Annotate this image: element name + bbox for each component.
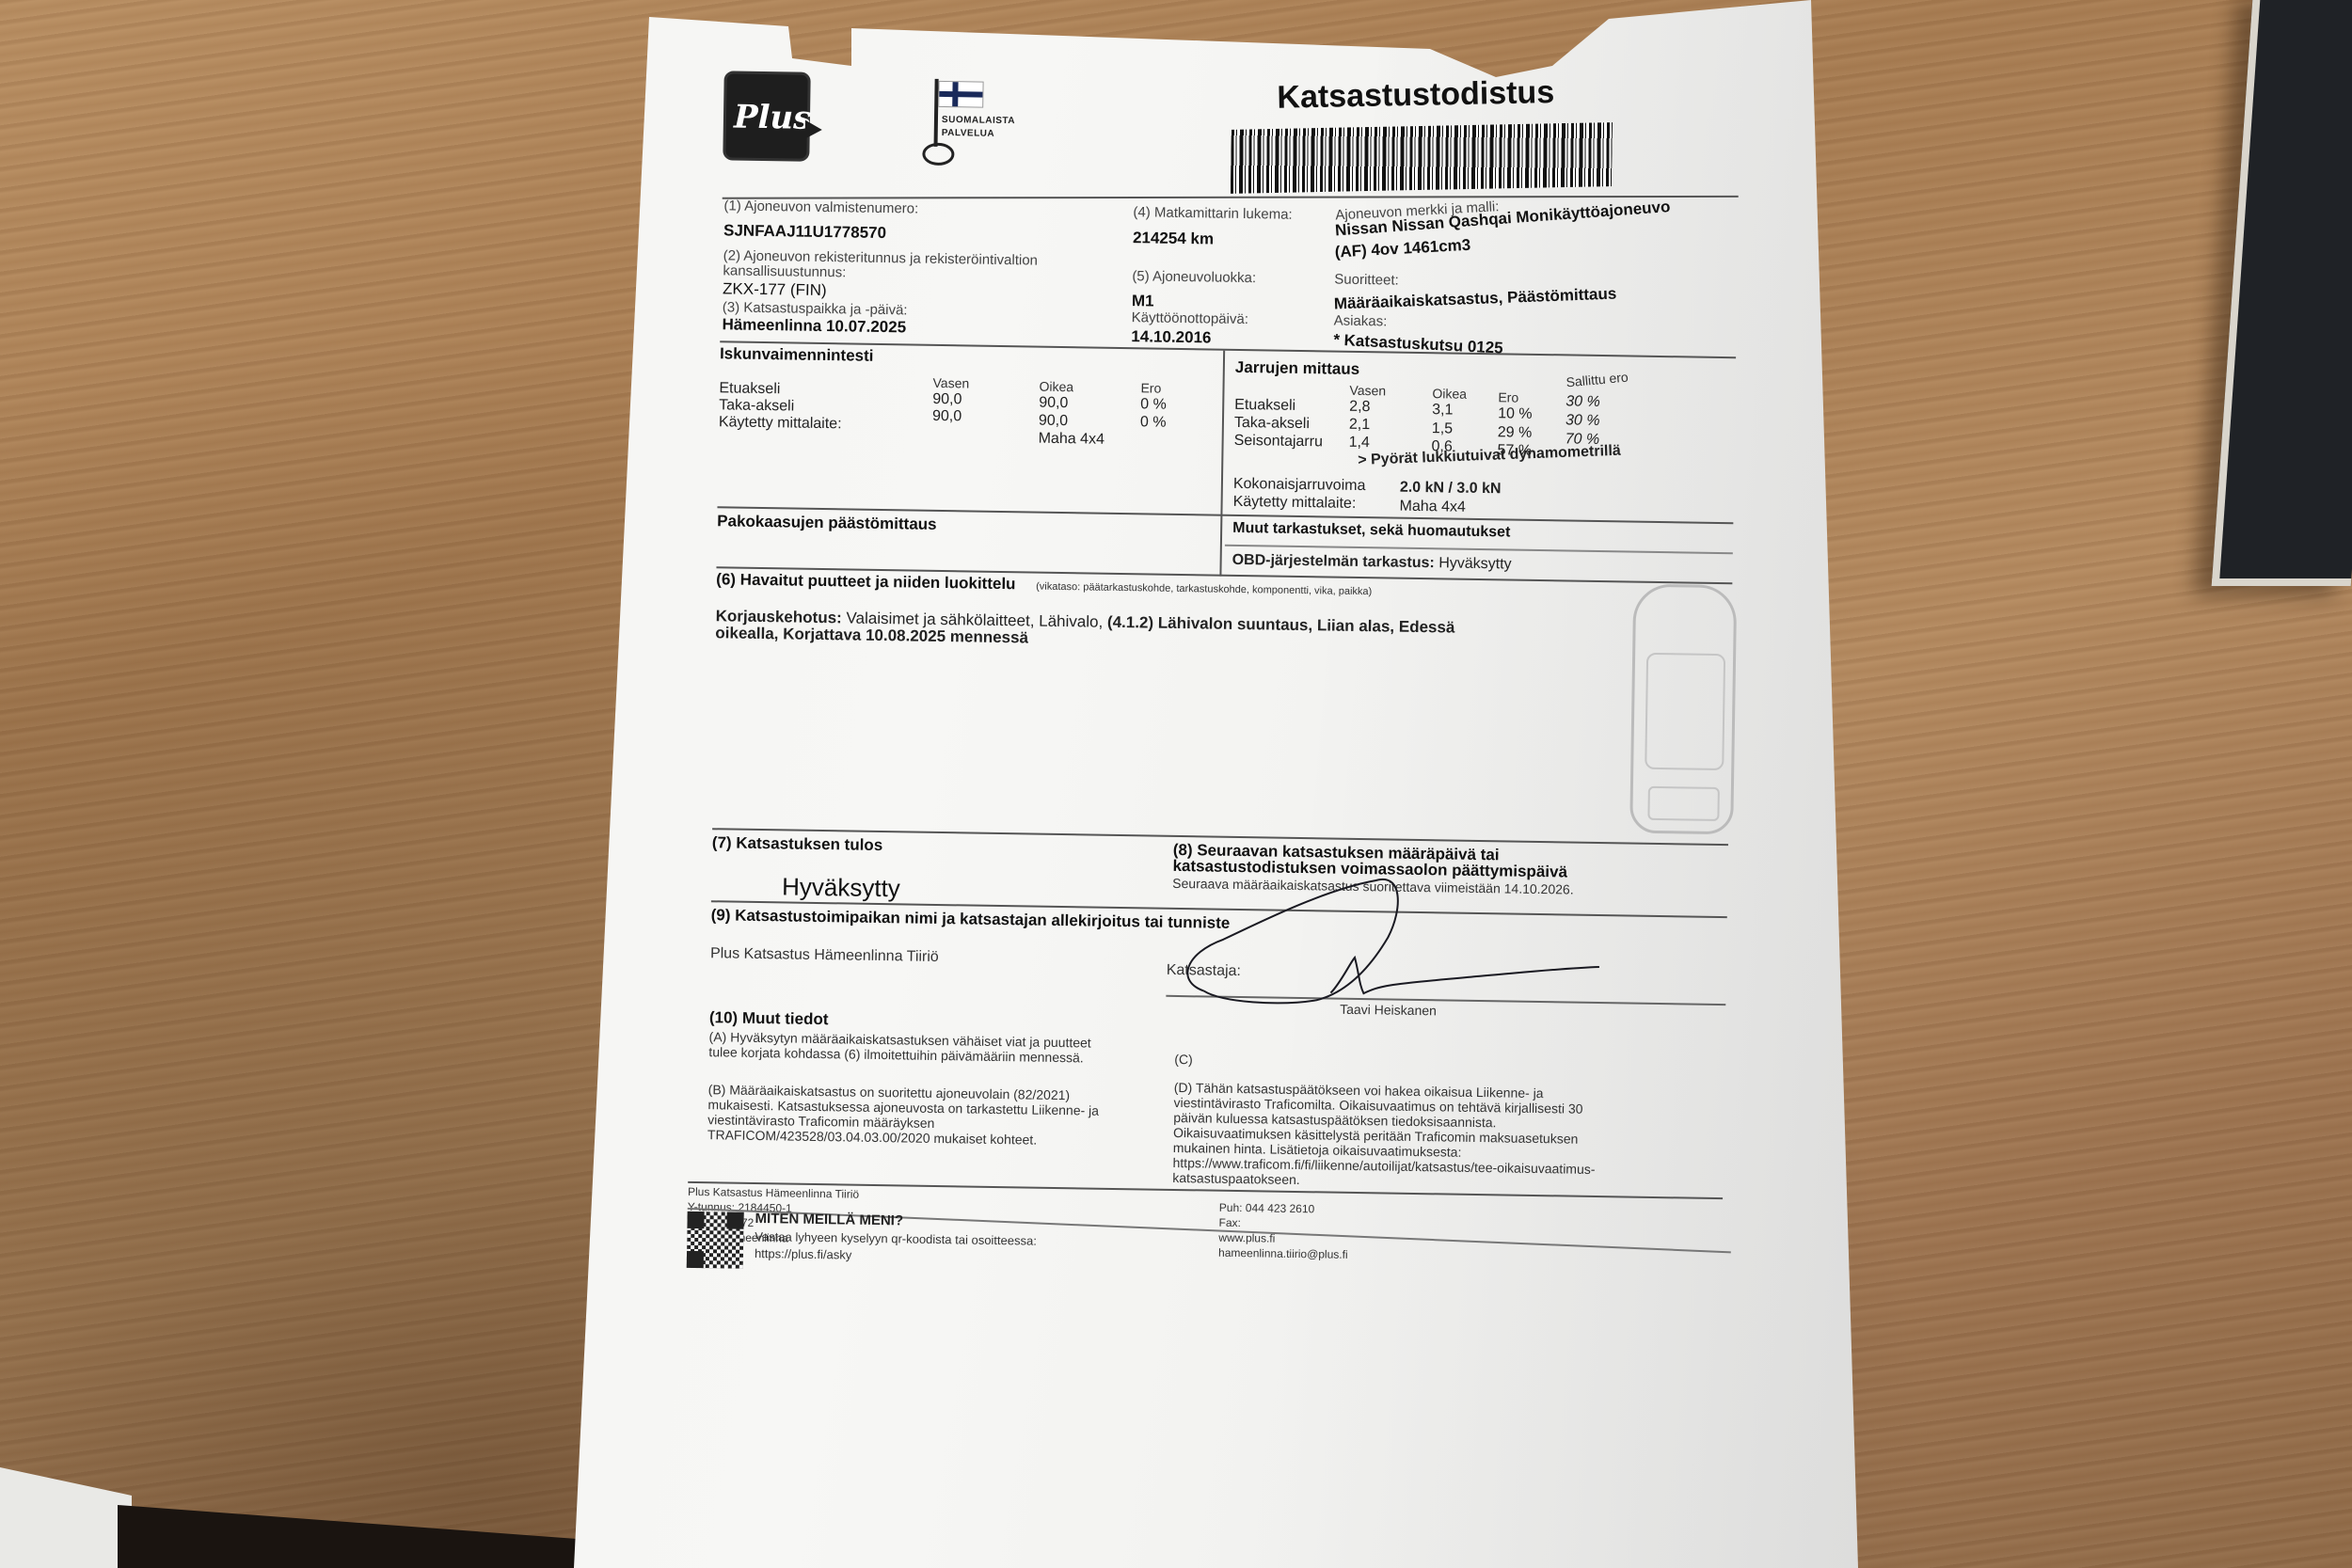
result-title: (7) Katsastuksen tulos	[712, 833, 883, 855]
footer-phone: Puh: 044 423 2610	[1219, 1201, 1315, 1216]
class-value: M1	[1132, 292, 1154, 310]
footer-fax: Fax:	[1218, 1216, 1241, 1229]
station-name: Plus Katsastus Hämeenlinna Tiiriö	[710, 945, 939, 966]
notebook	[2212, 0, 2352, 586]
plus-logo-text: Plus	[734, 98, 812, 136]
customer-label: Asiakas:	[1334, 313, 1388, 330]
brake-row-label: Seisontajarru	[1234, 433, 1324, 451]
brake-row-allowed: 30 %	[1565, 412, 1600, 430]
brake-test-title: Jarrujen mittaus	[1235, 358, 1360, 379]
brake-row-right: 1,5	[1432, 420, 1454, 437]
footer-email[interactable]: hameenlinna.tiirio@plus.fi	[1218, 1246, 1348, 1261]
other-info-c: (C)	[1174, 1052, 1193, 1067]
brake-row-right: 3,1	[1432, 402, 1454, 419]
brake-header-diff: Ero	[1498, 389, 1518, 404]
shock-test-title: Iskunvaimennintesti	[720, 344, 874, 366]
brake-row-label: Taka-akseli	[1234, 415, 1310, 433]
key-ring-icon	[922, 143, 954, 166]
dark-object	[118, 1505, 588, 1568]
shock-device-label: Käytetty mittalaite:	[719, 414, 842, 433]
car-diagram-icon	[1629, 584, 1737, 835]
brake-row-diff: 29 %	[1498, 424, 1533, 442]
brake-row-allowed: 30 %	[1565, 393, 1600, 411]
inspection-certificate-paper: Plus SUOMALAISTA PALVELUA Katsastustodis…	[0, 0, 2352, 1568]
survey-title: MITEN MEILLÄ MENI?	[755, 1211, 903, 1228]
finnish-flag-icon	[938, 81, 983, 108]
brake-row-left: 2,8	[1349, 399, 1371, 416]
other-info-d-7: katsastuspaatokseen.	[1172, 1170, 1300, 1187]
plus-logo: Plus	[723, 71, 810, 161]
other-info-title: (10) Muut tiedot	[709, 1008, 829, 1029]
odometer-label: (4) Matkamittarin lukema:	[1133, 204, 1292, 223]
class-label: (5) Ajoneuvoluokka:	[1132, 268, 1256, 286]
key-logo-text-2: PALVELUA	[942, 128, 995, 139]
key-logo-text-1: SUOMALAISTA	[942, 115, 1015, 126]
survey-link[interactable]: https://plus.fi/asky	[755, 1246, 852, 1262]
obd-label: OBD-järjestelmän tarkastus:	[1232, 552, 1435, 571]
result-value: Hyväksytty	[782, 872, 900, 903]
brake-header-left: Vasen	[1349, 383, 1386, 399]
shock-row-label: Etuakseli	[719, 380, 780, 398]
shock-header-right: Oikea	[1039, 379, 1073, 395]
vin-value: SJNFAAJ11U1778570	[723, 221, 886, 243]
shock-row-label: Taka-akseli	[719, 397, 794, 415]
shock-row-right: 90,0	[1039, 413, 1068, 430]
document-title: Katsastustodistus	[1277, 74, 1554, 117]
emissions-title: Pakokaasujen päästömittaus	[717, 512, 937, 534]
reg-label-2: kansallisuustunnus:	[723, 262, 846, 280]
shock-header-left: Vasen	[932, 375, 969, 391]
brake-device-value: Maha 4x4	[1399, 499, 1466, 516]
brake-total-value: 2.0 kN / 3.0 kN	[1400, 480, 1502, 499]
shock-row-diff: 0 %	[1140, 396, 1167, 413]
footer-company: Plus Katsastus Hämeenlinna Tiiriö	[688, 1185, 859, 1201]
handwritten-signature	[1166, 849, 1611, 1011]
brake-row-label: Etuakseli	[1234, 397, 1295, 415]
brake-device-label: Käytetty mittalaite:	[1232, 494, 1356, 513]
shock-row-diff: 0 %	[1140, 414, 1167, 431]
shock-device-value: Maha 4x4	[1039, 431, 1105, 449]
qr-code-icon[interactable]	[687, 1212, 744, 1269]
services-label: Suoritteet:	[1334, 272, 1399, 289]
reg-value: ZKX-177 (FIN)	[723, 279, 827, 300]
vin-label: (1) Ajoneuvon valmistenumero:	[723, 198, 918, 216]
brake-header-right: Oikea	[1432, 386, 1467, 402]
key-flag-logo: SUOMALAISTA PALVELUA	[922, 79, 1036, 170]
odometer-value: 214254 km	[1133, 229, 1214, 248]
other-paper-corner	[0, 1467, 132, 1568]
place-value: Hämeenlinna 10.07.2025	[722, 315, 906, 337]
brake-row-diff: 10 %	[1498, 405, 1533, 423]
barcode	[1231, 122, 1613, 194]
shock-row-left: 90,0	[932, 408, 961, 425]
brake-row-left: 1,4	[1348, 435, 1370, 451]
first-use-label: Käyttöönottopäivä:	[1132, 309, 1249, 327]
brake-row-left: 2,1	[1349, 417, 1371, 434]
shock-row-right: 90,0	[1039, 395, 1068, 412]
brake-total-label: Kokonaisjarruvoima	[1233, 476, 1366, 495]
shock-row-left: 90,0	[932, 391, 961, 408]
obd-value: Hyväksytty	[1438, 555, 1512, 572]
first-use-value: 14.10.2016	[1131, 327, 1211, 347]
shock-header-diff: Ero	[1140, 380, 1161, 395]
